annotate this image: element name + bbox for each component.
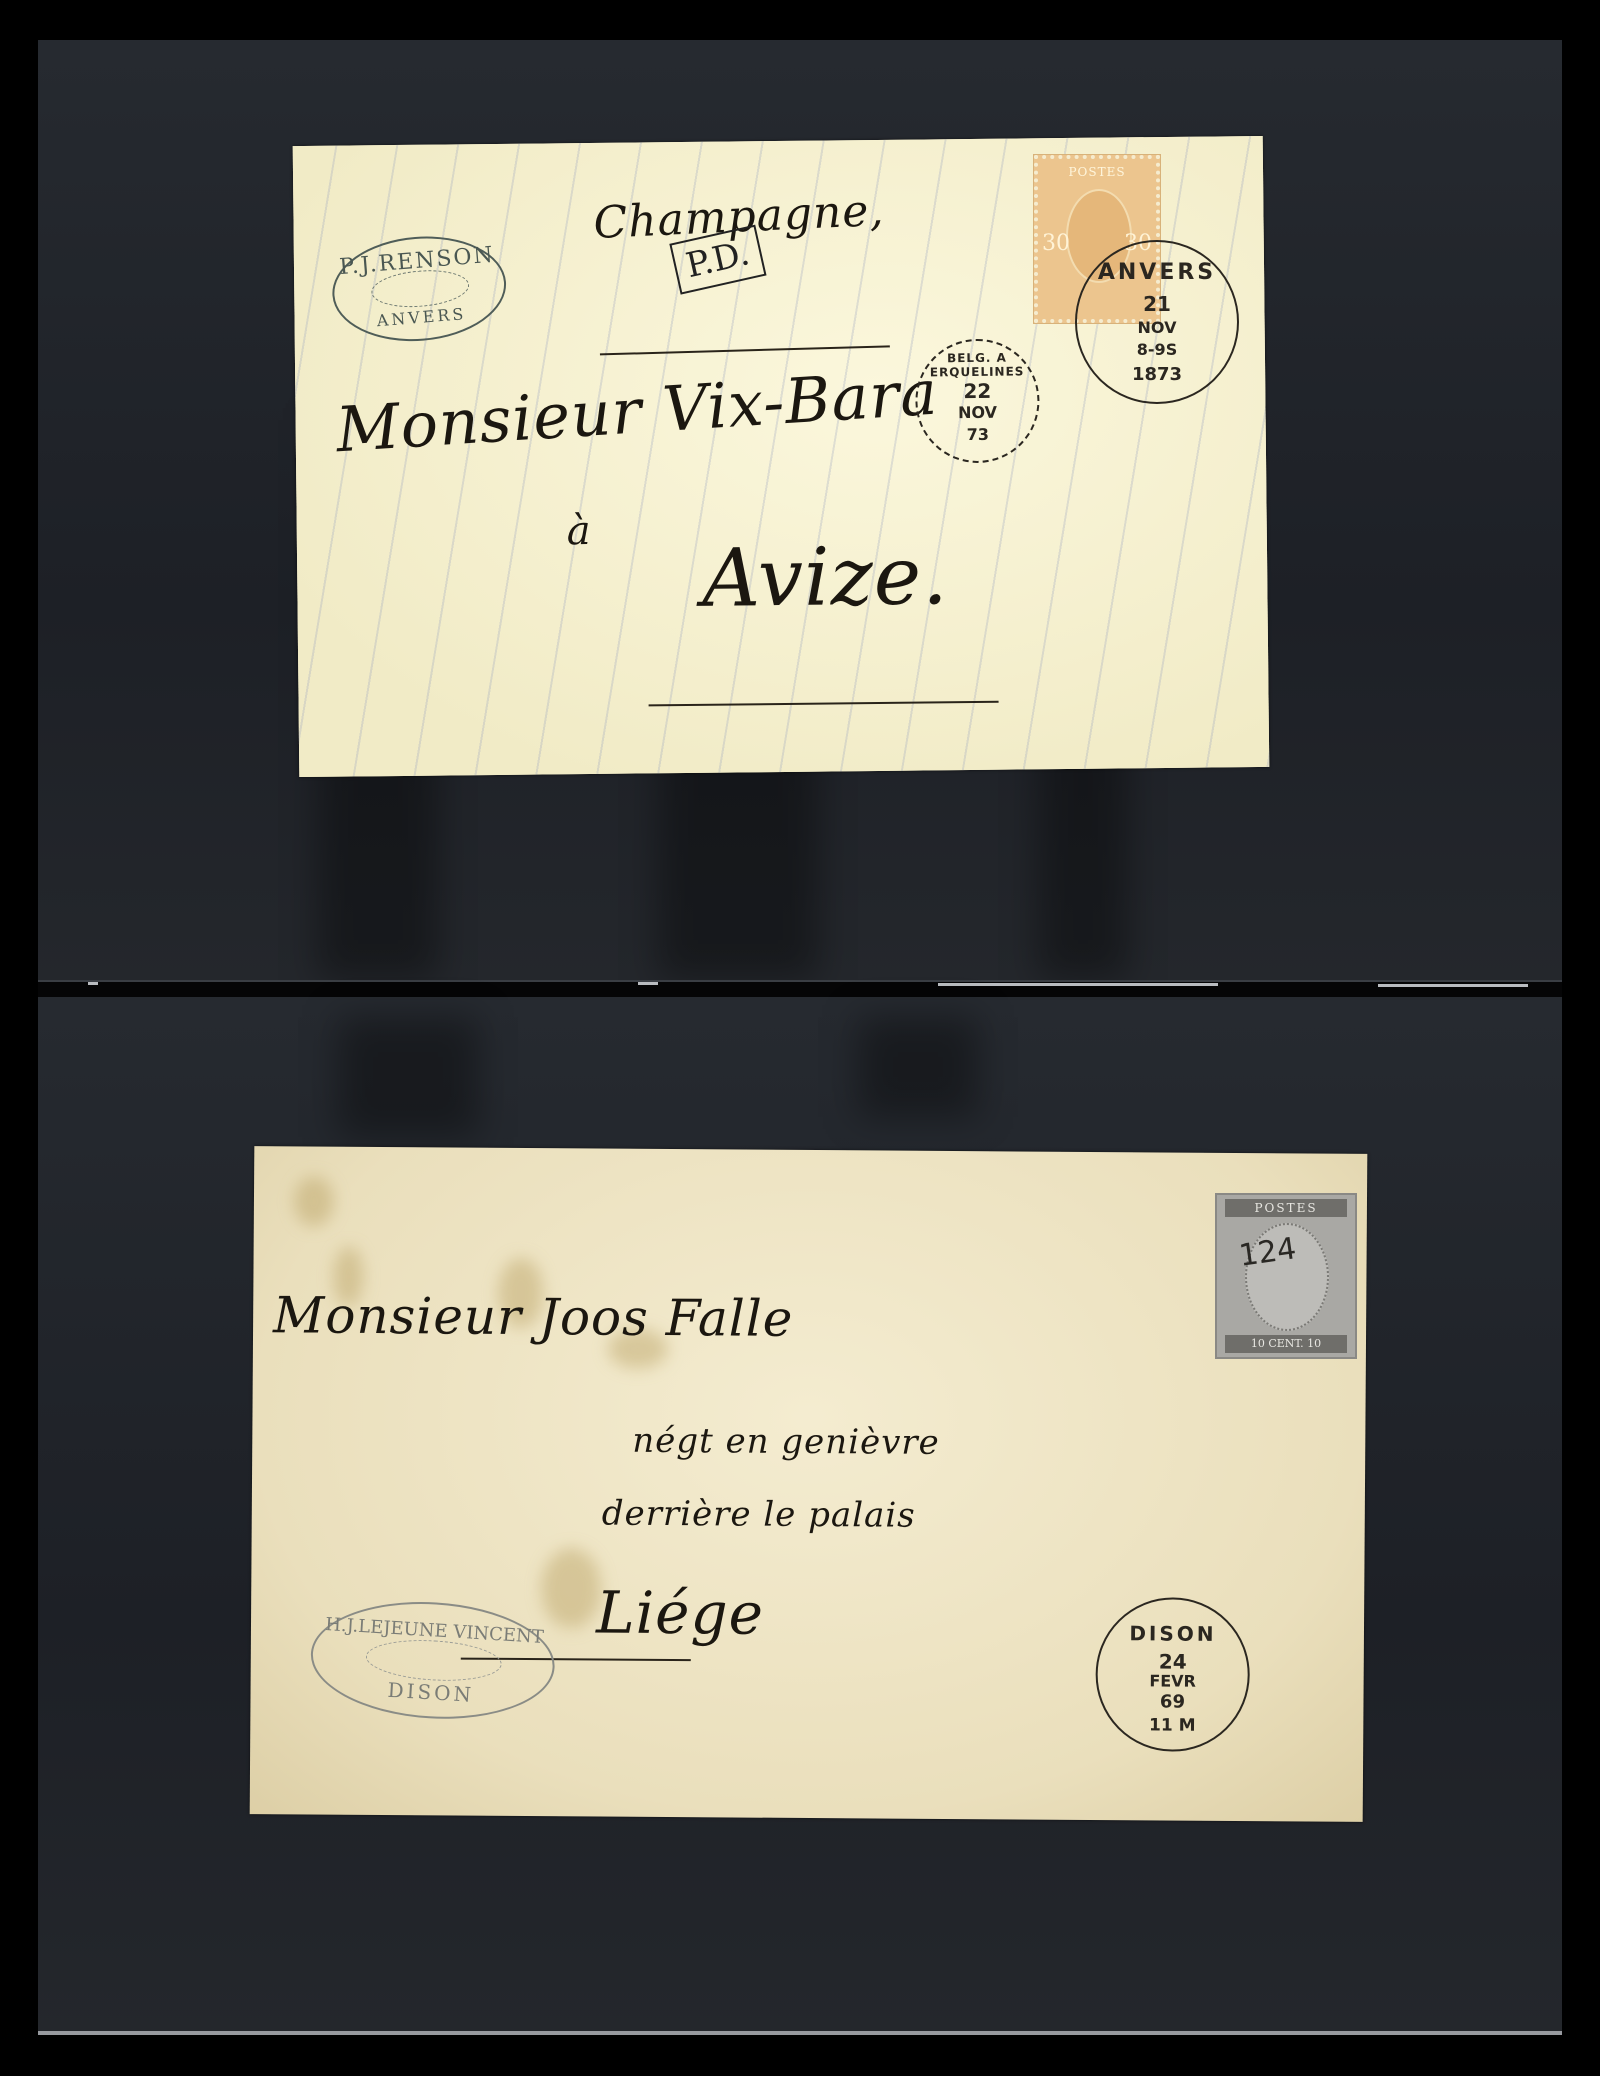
postmark-dison: DISON 24 FEVR 69 11 M [1095, 1597, 1250, 1752]
address-line-3: à [567, 508, 592, 554]
postmark-anvers: ANVERS 21 NOV 8-9S 1873 [1075, 240, 1239, 404]
sheet-bottom-edge [38, 2031, 1562, 2035]
address-line-4: Liége [596, 1579, 764, 1648]
address-line-1: Monsieur Joos Falle [273, 1286, 794, 1348]
address-line-4: Avize. [702, 529, 949, 625]
sender-cachet: H.J.LEJEUNE VINCENT DISON [308, 1595, 558, 1725]
address-line-3: derrière le palais [602, 1494, 916, 1536]
postmark-transit: BELG. A ERQUELINES 22 NOV 73 [915, 338, 1040, 463]
address-line-2: Monsieur Vix-Bara [334, 356, 940, 467]
cover-bottom-envelope: Monsieur Joos Falle négt en genièvre der… [250, 1146, 1368, 1822]
stamp-10c-grey: POSTES 124 10 CENT. 10 [1215, 1193, 1357, 1359]
address-line-2: négt en genièvre [632, 1421, 940, 1463]
sender-cachet: P.J.RENSON ANVERS [328, 230, 510, 348]
